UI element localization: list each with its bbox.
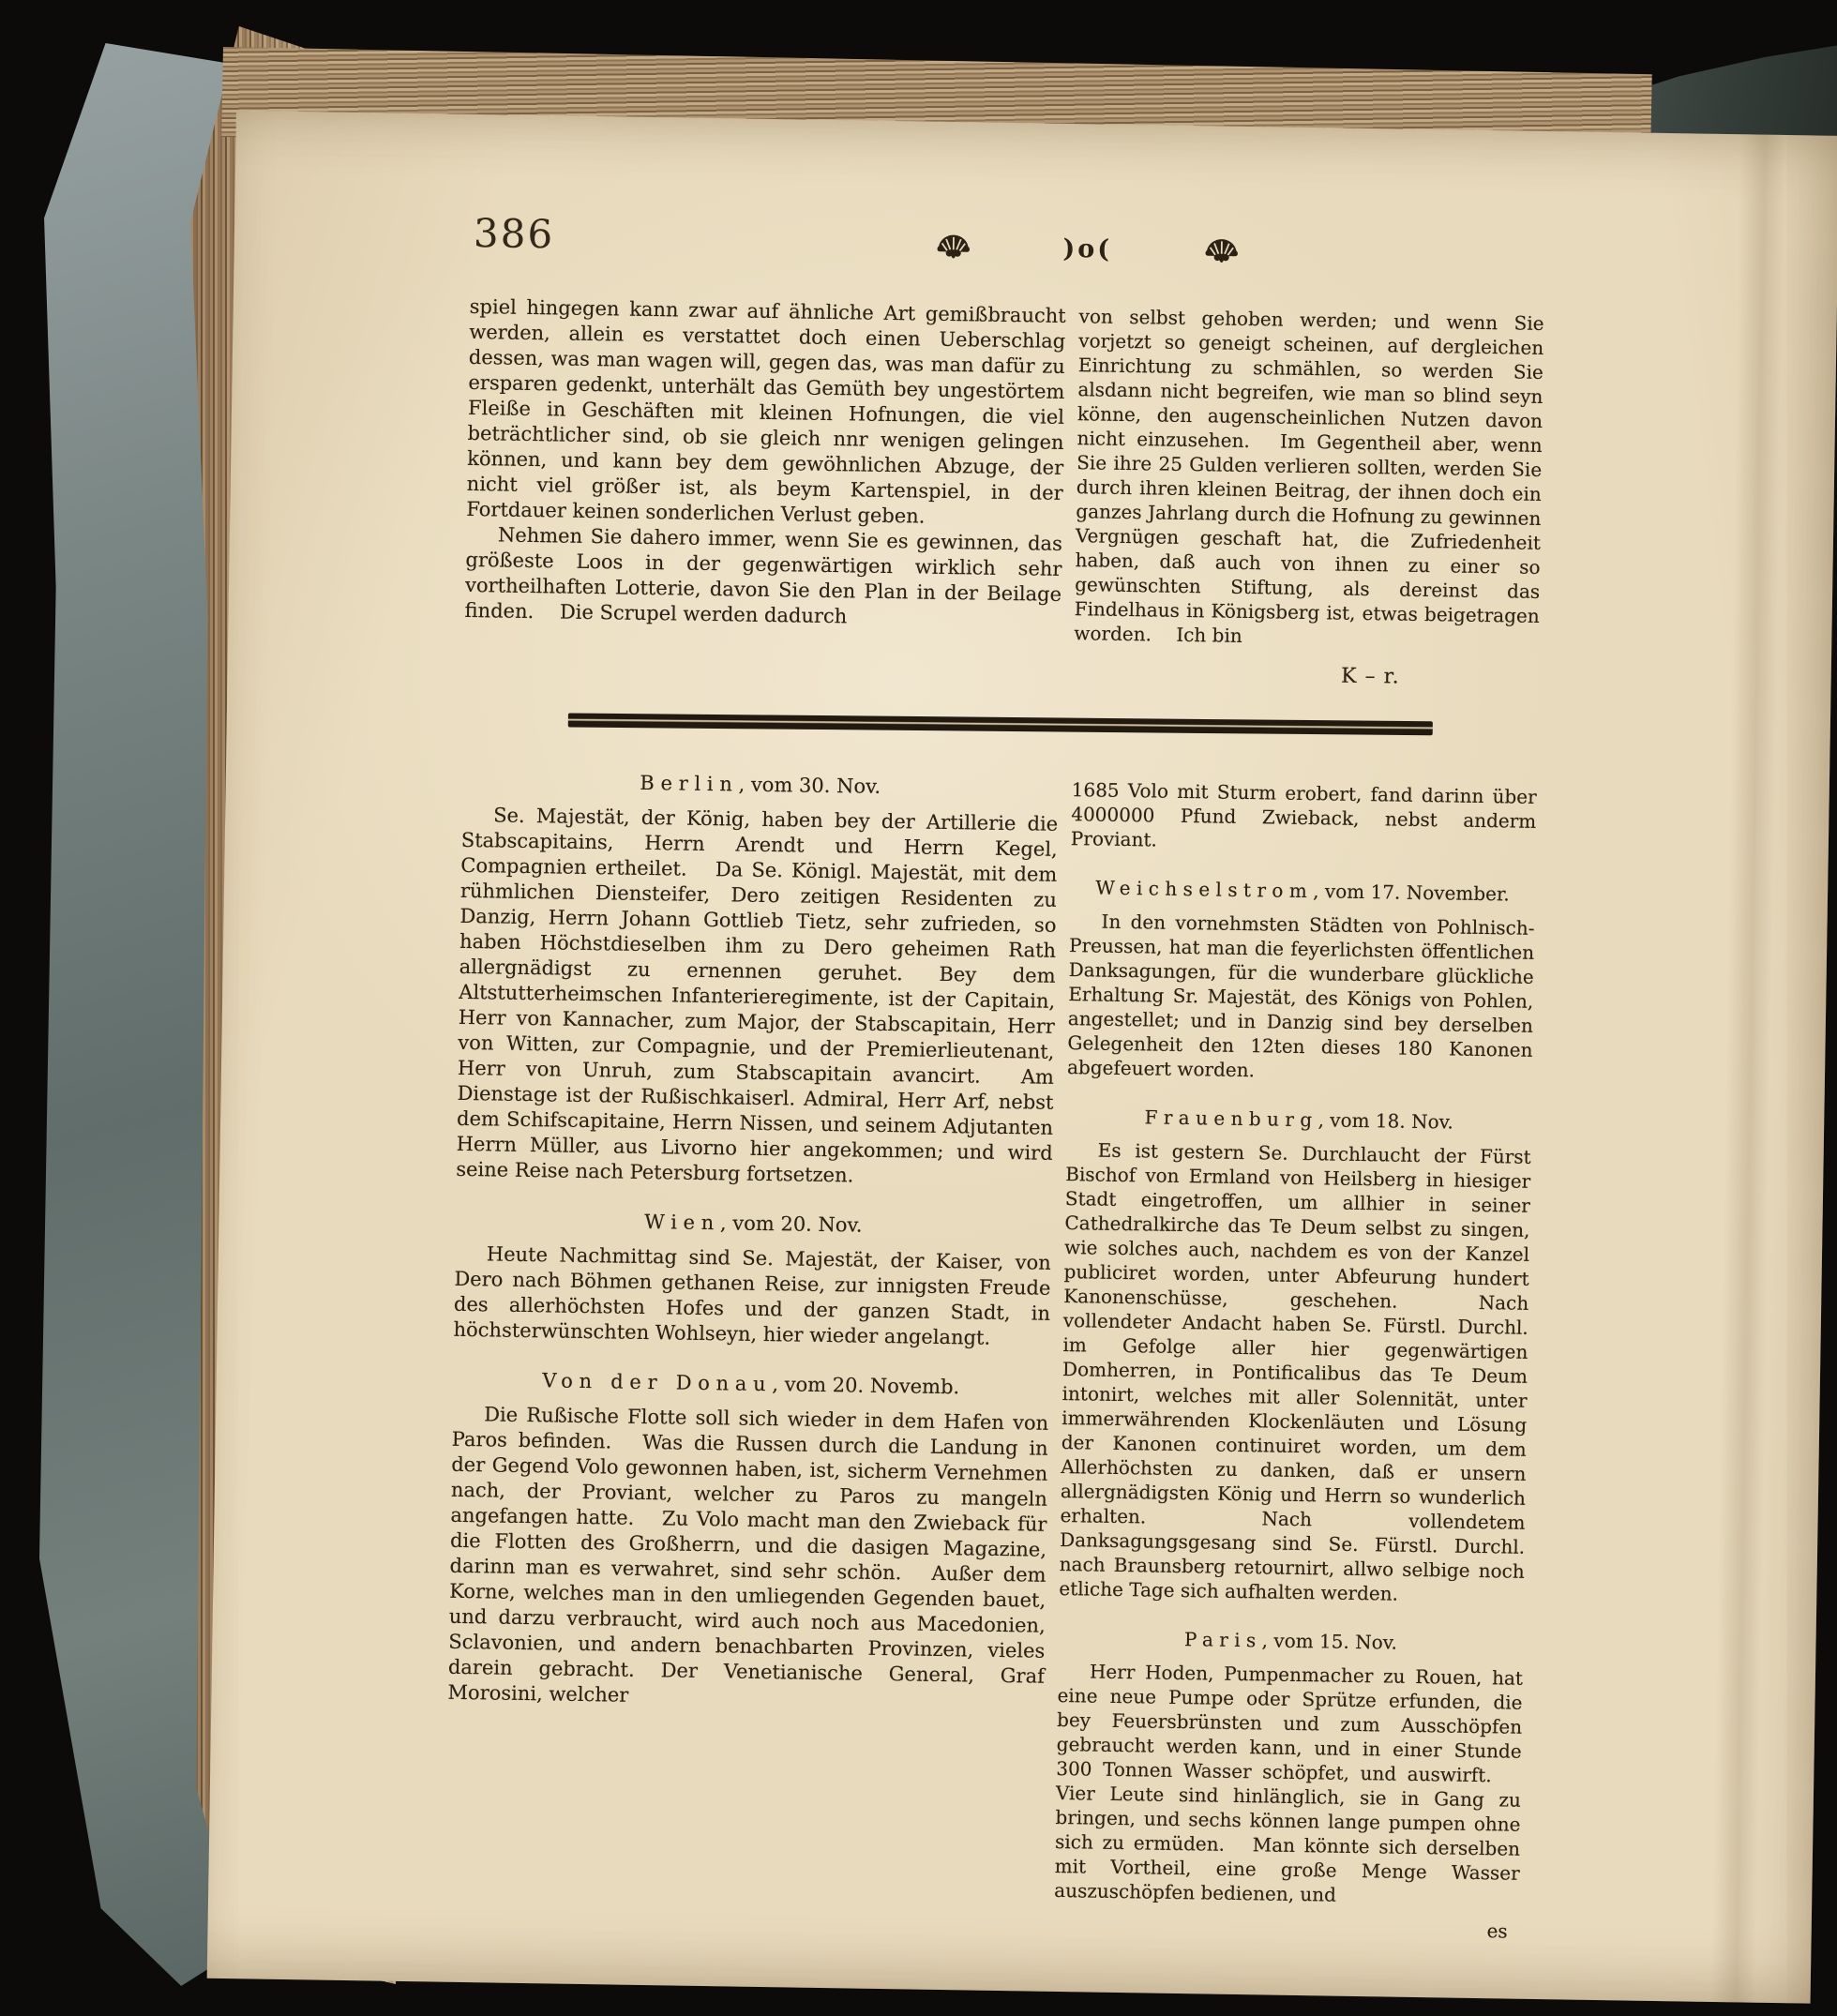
article-heading: Weichselstrom, vom 17. November.	[1070, 875, 1535, 907]
shell-ornament-icon	[1204, 237, 1240, 266]
catchword: es	[1054, 1912, 1519, 1944]
news-right-column: 1685 Volo mit Sturm erobert, fand darinn…	[1054, 777, 1537, 1944]
article-date: , vom 20. Nov.	[720, 1211, 863, 1236]
article-body: Se. Majestät, der König, haben bey der A…	[456, 803, 1058, 1192]
article-heading: Von der Donau, vom 20. Novemb.	[453, 1367, 1049, 1402]
article-paris: Paris, vom 15. Nov. Herr Hoden, Pumpenma…	[1054, 1625, 1524, 1910]
article-date: , vom 18. Nov.	[1318, 1108, 1453, 1133]
article-body: Herr Hoden, Pumpenmacher zu Rouen, hat e…	[1054, 1659, 1523, 1910]
article-weichselstrom: Weichselstrom, vom 17. November. In den …	[1067, 875, 1535, 1087]
article-date: , vom 17. November.	[1313, 880, 1510, 905]
paragraph: spiel hingegen kann zwar auf ähnliche Ar…	[466, 294, 1066, 532]
article-body: Heute Nachmittag sind Se. Majestät, der …	[453, 1241, 1051, 1352]
shell-ornament-icon	[936, 233, 971, 262]
letter-left-column: spiel hingegen kann zwar auf ähnliche Ar…	[464, 294, 1066, 685]
article-body: Die Rußische Flotte soll sich wieder in …	[447, 1402, 1048, 1715]
section-divider-rule	[568, 713, 1433, 735]
news-section: Berlin, vom 30. Nov. Se. Majestät, der K…	[444, 768, 1537, 1944]
article-berlin: Berlin, vom 30. Nov. Se. Majestät, der K…	[456, 768, 1059, 1192]
article-date: , vom 15. Nov.	[1261, 1629, 1397, 1653]
article-donau: Von der Donau, vom 20. Novemb. Die Rußis…	[447, 1367, 1049, 1715]
article-continuation: 1685 Volo mit Sturm erobert, fand darinn…	[1071, 777, 1537, 858]
article-date: , vom 20. Novemb.	[772, 1373, 959, 1398]
letter-right-column: von selbst gehoben werden; und wenn Sie …	[1073, 304, 1543, 692]
article-body: Es ist gestern Se. Durchlaucht der Fürst…	[1059, 1137, 1531, 1608]
article-place: Frauenburg	[1144, 1106, 1318, 1131]
paragraph: von selbst gehoben werden; und wenn Sie …	[1074, 304, 1544, 653]
article-place: Berlin	[640, 772, 739, 796]
letter-signature: K – r.	[1073, 660, 1538, 692]
article-heading: Berlin, vom 30. Nov.	[462, 768, 1059, 803]
article-heading: Wien, vom 20. Nov.	[455, 1207, 1051, 1241]
paragraph: Nehmen Sie dahero immer, wenn Sie es gew…	[464, 522, 1062, 633]
article-place: Wien	[644, 1211, 720, 1234]
article-heading: Paris, vom 15. Nov.	[1058, 1625, 1523, 1657]
article-heading: Frauenburg, vom 18. Nov.	[1066, 1104, 1531, 1136]
article-body: In den vornehmsten Städten von Pohlnisch…	[1067, 909, 1535, 1087]
article-date: , vom 30. Nov.	[738, 774, 881, 798]
page-gutter-shadow	[1711, 134, 1785, 2003]
header-ornaments: )o(	[936, 233, 1240, 266]
article-place: Weichselstrom	[1095, 876, 1313, 902]
news-left-column: Berlin, vom 30. Nov. Se. Majestät, der K…	[444, 768, 1059, 1936]
article-place: Von der Donau	[542, 1369, 772, 1395]
article-frauenburg: Frauenburg, vom 18. Nov. Es ist gestern …	[1059, 1104, 1531, 1608]
text-area: spiel hingegen kann zwar auf ähnliche Ar…	[444, 294, 1544, 1944]
page-number: 386	[474, 210, 555, 257]
letter-section: spiel hingegen kann zwar auf ähnliche Ar…	[464, 294, 1544, 692]
book-page: 386 )o( spiel hingegen kann zwar auf ähn…	[207, 111, 1837, 2004]
article-wien: Wien, vom 20. Nov. Heute Nachmittag sind…	[453, 1207, 1051, 1352]
article-place: Paris	[1184, 1628, 1262, 1651]
header-center-mark: )o(	[1062, 234, 1112, 264]
